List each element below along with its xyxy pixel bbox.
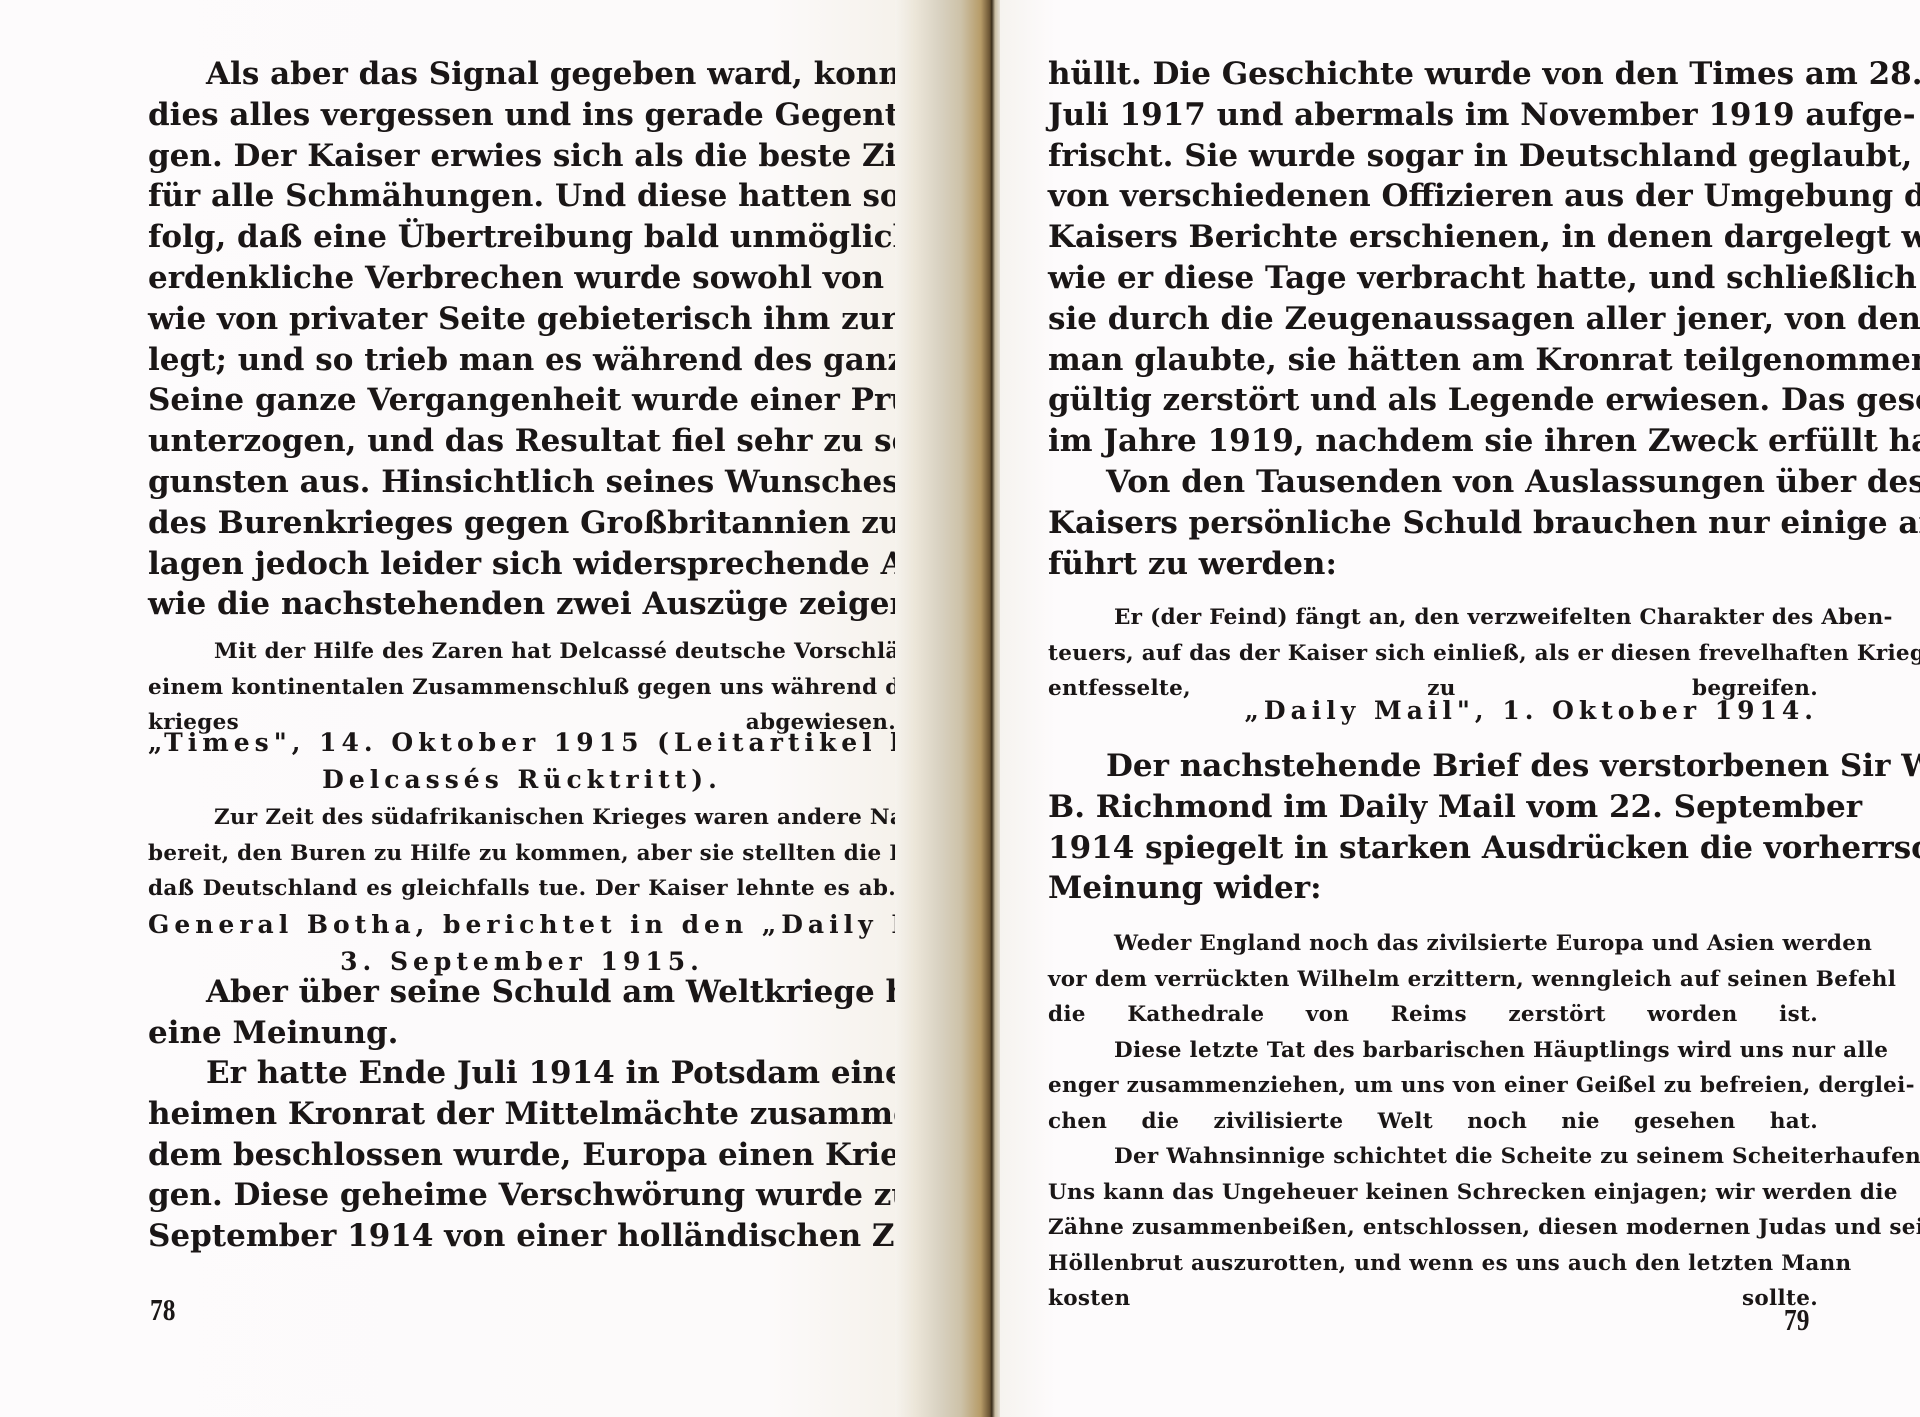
quote-line: Zähne zusammenbeißen, entschlossen, dies… — [1048, 1210, 1818, 1246]
page-number-left: 78 — [150, 1292, 175, 1328]
text-line: im Jahre 1919, nachdem sie ihren Zweck e… — [1048, 421, 1818, 462]
text-line: wie er diese Tage verbracht hatte, und s… — [1048, 258, 1818, 299]
text-line: gültig zerstört und als Legende erwiesen… — [1048, 380, 1818, 421]
text-line: Kaisers Berichte erschienen, in denen da… — [1048, 217, 1818, 258]
quote-line: vor dem verrückten Wilhelm erzittern, we… — [1048, 962, 1818, 998]
text-line: frischt. Sie wurde sogar in Deutschland … — [1048, 136, 1818, 177]
source-line: „Times", 14. Oktober 1915 (Leitartikel b… — [148, 724, 896, 761]
quote-line: daß Deutschland es gleichfalls tue. Der … — [148, 871, 896, 907]
quote-line: Weder England noch das zivilsierte Europ… — [1048, 926, 1818, 962]
text-line: September 1914 von einer holländischen Z… — [148, 1216, 896, 1257]
quote-line: Er (der Feind) fängt an, den verzweifelt… — [1048, 600, 1818, 636]
text-line: folg, daß eine Übertreibung bald unmögli… — [148, 217, 896, 258]
quote-line: bereit, den Buren zu Hilfe zu kommen, ab… — [148, 836, 896, 872]
text-line: erdenkliche Verbrechen wurde sowohl von … — [148, 258, 896, 299]
text-line: eine Meinung. — [148, 1013, 896, 1054]
quote-line: Der Wahnsinnige schichtet die Scheite zu… — [1048, 1139, 1818, 1175]
right-paragraph-1: hüllt. Die Geschichte wurde von den Time… — [1048, 54, 1818, 462]
text-line: dies alles vergessen und ins gerade Gege… — [148, 95, 896, 136]
text-line: heimen Kronrat der Mittelmächte zusammen… — [148, 1094, 896, 1135]
text-line: B. Richmond im Daily Mail vom 22. Septem… — [1048, 787, 1818, 828]
quote-line: kosten sollte. — [1048, 1281, 1818, 1317]
quote-line: chen die zivilisierte Welt noch nie gese… — [1048, 1104, 1818, 1140]
right-paragraph-3: Der nachstehende Brief des verstorbenen … — [1048, 746, 1818, 909]
text-line: gen. Der Kaiser erwies sich als die best… — [148, 136, 896, 177]
text-line: Seine ganze Vergangenheit wurde einer Pr… — [148, 380, 896, 421]
left-page: Als aber das Signal gegeben ward, konnte… — [0, 0, 905, 1417]
quote-line: Höllenbrut auszurotten, und wenn es uns … — [1048, 1246, 1818, 1282]
text-line: Aber über seine Schuld am Weltkriege her… — [148, 972, 896, 1013]
left-quote-times-source: „Times", 14. Oktober 1915 (Leitartikel b… — [148, 724, 896, 798]
text-line: Kaisers persönliche Schuld brauchen nur … — [1048, 503, 1818, 544]
text-line: sie durch die Zeugenaussagen aller jener… — [1048, 299, 1818, 340]
text-line: für alle Schmähungen. Und diese hatten s… — [148, 176, 896, 217]
text-line: von verschiedenen Offizieren aus der Umg… — [1048, 176, 1818, 217]
left-paragraph-3: Er hatte Ende Juli 1914 in Potsdam einen… — [148, 1053, 896, 1257]
source-line: General Botha, berichtet in den „Daily N… — [148, 906, 896, 943]
left-quote-botha: Zur Zeit des südafrikanischen Krieges wa… — [148, 800, 896, 907]
text-line: dem beschlossen wurde, Europa einen Krie… — [148, 1135, 896, 1176]
text-line: unterzogen, und das Resultat fiel sehr z… — [148, 421, 896, 462]
left-quote-botha-source: General Botha, berichtet in den „Daily N… — [148, 906, 896, 980]
quote-line: teuers, auf das der Kaiser sich einließ,… — [1048, 636, 1818, 672]
text-line: Als aber das Signal gegeben ward, konnte… — [148, 54, 896, 95]
text-line: man glaubte, sie hätten am Kronrat teilg… — [1048, 340, 1818, 381]
page-number-right: 79 — [1784, 1302, 1809, 1338]
text-line: Juli 1917 und abermals im November 1919 … — [1048, 95, 1818, 136]
right-page: hüllt. Die Geschichte wurde von den Time… — [1000, 0, 1920, 1417]
source-line: „Daily Mail", 1. Oktober 1914. — [1000, 692, 1818, 729]
text-line: lagen jedoch leider sich widersprechende… — [148, 544, 896, 585]
text-line: Meinung wider: — [1048, 868, 1818, 909]
text-line: gunsten aus. Hinsichtlich seines Wunsche… — [148, 462, 896, 503]
quote-line: einem kontinentalen Zusammenschluß gegen… — [148, 670, 896, 706]
right-quote-daily-mail-source: „Daily Mail", 1. Oktober 1914. — [1000, 692, 1818, 729]
left-paragraph-1: Als aber das Signal gegeben ward, konnte… — [148, 54, 896, 625]
right-paragraph-2: Von den Tausenden von Auslassungen über … — [1048, 462, 1818, 584]
text-line: gen. Diese geheime Verschwörung wurde zu… — [148, 1175, 896, 1216]
quote-line: enger zusammenziehen, um uns von einer G… — [1048, 1068, 1818, 1104]
left-paragraph-2: Aber über seine Schuld am Weltkriege her… — [148, 972, 896, 1054]
text-line: des Burenkrieges gegen Großbritannien zu… — [148, 503, 896, 544]
source-line: Delcassés Rücktritt). — [148, 761, 896, 798]
book-spine-gutter — [895, 0, 1005, 1417]
text-line: 1914 spiegelt in starken Ausdrücken die … — [1048, 828, 1818, 869]
text-line: Von den Tausenden von Auslassungen über … — [1048, 462, 1818, 503]
text-line: Der nachstehende Brief des verstorbenen … — [1048, 746, 1818, 787]
quote-line: Diese letzte Tat des barbarischen Häuptl… — [1048, 1033, 1818, 1069]
quote-line: Mit der Hilfe des Zaren hat Delcassé deu… — [148, 634, 896, 670]
quote-line: die Kathedrale von Reims zerstört worden… — [1048, 997, 1818, 1033]
right-quote-daily-mail: Er (der Feind) fängt an, den verzweifelt… — [1048, 600, 1818, 707]
quote-line: Zur Zeit des südafrikanischen Krieges wa… — [148, 800, 896, 836]
text-line: wie von privater Seite gebieterisch ihm … — [148, 299, 896, 340]
book-spread: Als aber das Signal gegeben ward, konnte… — [0, 0, 1920, 1417]
text-line: hüllt. Die Geschichte wurde von den Time… — [1048, 54, 1818, 95]
text-line: legt; und so trieb man es während des ga… — [148, 340, 896, 381]
text-line: wie die nachstehenden zwei Auszüge zeige… — [148, 584, 896, 625]
text-line: führt zu werden: — [1048, 544, 1818, 585]
right-quote-richmond-letter: Weder England noch das zivilsierte Europ… — [1048, 926, 1818, 1317]
quote-line: Uns kann das Ungeheuer keinen Schrecken … — [1048, 1175, 1818, 1211]
text-line: Er hatte Ende Juli 1914 in Potsdam einen… — [148, 1053, 896, 1094]
